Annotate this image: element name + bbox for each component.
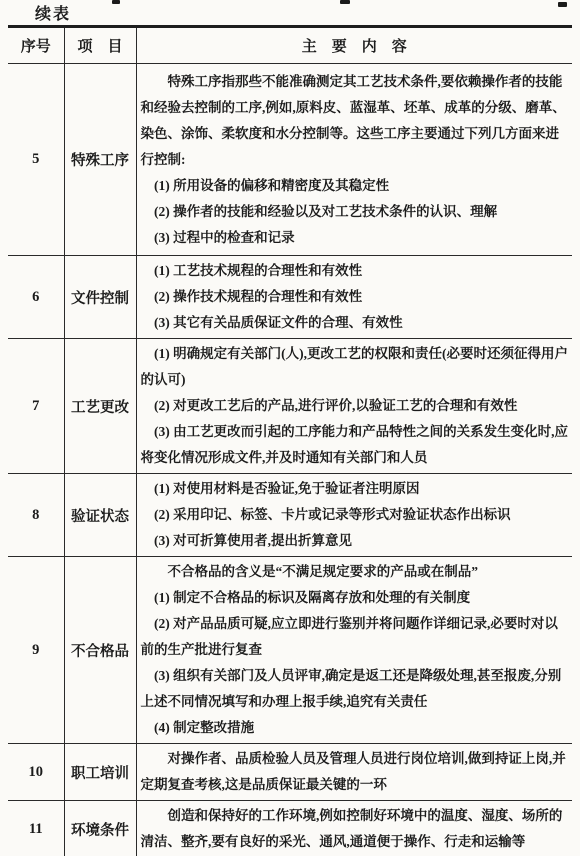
row-content-cell: (1) 工艺技术规程的合理性和有效性(2) 操作技术规程的合理性和有效性(3) … bbox=[136, 256, 572, 339]
content-paragraph: (1) 明确规定有关部门(人),更改工艺的权限和责任(必要时还须征得用户的认可) bbox=[141, 341, 570, 393]
table-row: 6文件控制(1) 工艺技术规程的合理性和有效性(2) 操作技术规程的合理性和有效… bbox=[8, 256, 572, 339]
table-title: 续表 bbox=[35, 1, 71, 24]
row-number-cell: 11 bbox=[8, 801, 64, 856]
row-content-cell: 对操作者、品质检验人员及管理人员进行岗位培训,做到持证上岗,并定期复查考核,这是… bbox=[136, 744, 572, 801]
scan-artifact bbox=[340, 0, 350, 4]
content-paragraph: (2) 操作者的技能和经验以及对工艺技术条件的认识、理解 bbox=[141, 199, 570, 225]
content-paragraph: 创造和保持好的工作环境,例如控制好环境中的温度、湿度、场所的清洁、整齐,要有良好… bbox=[141, 803, 570, 855]
row-number-cell: 6 bbox=[8, 256, 64, 339]
content-paragraph: (3) 由工艺更改而引起的工序能力和产品特性之间的关系发生变化时,应将变化情况形… bbox=[141, 419, 570, 471]
content-paragraph: (1) 工艺技术规程的合理性和有效性 bbox=[141, 258, 570, 284]
content-paragraph: (1) 所用设备的偏移和精密度及其稳定性 bbox=[141, 173, 570, 199]
content-paragraph: (3) 对可折算使用者,提出折算意见 bbox=[141, 528, 570, 554]
row-number-cell: 9 bbox=[8, 557, 64, 744]
table-row: 5特殊工序特殊工序指那些不能准确测定其工艺技术条件,要依赖操作者的技能和经验去控… bbox=[8, 64, 572, 256]
row-number-cell: 10 bbox=[8, 744, 64, 801]
content-paragraph: (2) 对更改工艺后的产品,进行评价,以验证工艺的合理和有效性 bbox=[141, 393, 570, 419]
row-content-cell: (1) 对使用材料是否验证,免于验证者注明原因(2) 采用印记、标签、卡片或记录… bbox=[136, 474, 572, 557]
scanned-document-page: 续表 序号 项 目 主 要 内 容 5特殊工序特殊工序指那些不能准确测定其工艺技… bbox=[0, 0, 580, 856]
row-item-cell: 环境条件 bbox=[64, 801, 136, 856]
content-paragraph: (4) 制定整改措施 bbox=[141, 715, 570, 741]
quality-items-table: 序号 项 目 主 要 内 容 5特殊工序特殊工序指那些不能准确测定其工艺技术条件… bbox=[8, 25, 572, 856]
table-row: 9不合格品不合格品的含义是“不满足规定要求的产品或在制品”(1) 制定不合格品的… bbox=[8, 557, 572, 744]
row-content-cell: 创造和保持好的工作环境,例如控制好环境中的温度、湿度、场所的清洁、整齐,要有良好… bbox=[136, 801, 572, 856]
row-number-cell: 5 bbox=[8, 64, 64, 256]
content-paragraph: (1) 制定不合格品的标识及隔离存放和处理的有关制度 bbox=[141, 585, 570, 611]
content-paragraph: (2) 操作技术规程的合理性和有效性 bbox=[141, 284, 570, 310]
row-item-cell: 不合格品 bbox=[64, 557, 136, 744]
table-row: 11环境条件创造和保持好的工作环境,例如控制好环境中的温度、湿度、场所的清洁、整… bbox=[8, 801, 572, 856]
content-paragraph: (1) 对使用材料是否验证,免于验证者注明原因 bbox=[141, 476, 570, 502]
row-item-cell: 文件控制 bbox=[64, 256, 136, 339]
table-row: 10职工培训对操作者、品质检验人员及管理人员进行岗位培训,做到持证上岗,并定期复… bbox=[8, 744, 572, 801]
content-paragraph: (2) 对产品品质可疑,应立即进行鉴别并将问题作详细记录,必要时对以前的生产批进… bbox=[141, 611, 570, 663]
scan-artifact bbox=[112, 0, 120, 4]
row-content-cell: (1) 明确规定有关部门(人),更改工艺的权限和责任(必要时还须征得用户的认可)… bbox=[136, 339, 572, 474]
row-number-cell: 7 bbox=[8, 339, 64, 474]
row-item-cell: 验证状态 bbox=[64, 474, 136, 557]
column-header-item: 项 目 bbox=[64, 27, 136, 64]
column-header-number: 序号 bbox=[8, 27, 64, 64]
content-paragraph: (3) 过程中的检查和记录 bbox=[141, 225, 570, 251]
content-paragraph: (2) 采用印记、标签、卡片或记录等形式对验证状态作出标识 bbox=[141, 502, 570, 528]
table-row: 7工艺更改(1) 明确规定有关部门(人),更改工艺的权限和责任(必要时还须征得用… bbox=[8, 339, 572, 474]
content-paragraph: 特殊工序指那些不能准确测定其工艺技术条件,要依赖操作者的技能和经验去控制的工序,… bbox=[141, 69, 570, 173]
header-row: 序号 项 目 主 要 内 容 bbox=[8, 27, 572, 64]
content-paragraph: 对操作者、品质检验人员及管理人员进行岗位培训,做到持证上岗,并定期复查考核,这是… bbox=[141, 746, 570, 798]
row-number-cell: 8 bbox=[8, 474, 64, 557]
table-row: 8验证状态(1) 对使用材料是否验证,免于验证者注明原因(2) 采用印记、标签、… bbox=[8, 474, 572, 557]
content-paragraph: (3) 其它有关品质保证文件的合理、有效性 bbox=[141, 310, 570, 336]
row-content-cell: 特殊工序指那些不能准确测定其工艺技术条件,要依赖操作者的技能和经验去控制的工序,… bbox=[136, 64, 572, 256]
content-paragraph: 不合格品的含义是“不满足规定要求的产品或在制品” bbox=[141, 559, 570, 585]
row-item-cell: 特殊工序 bbox=[64, 64, 136, 256]
row-content-cell: 不合格品的含义是“不满足规定要求的产品或在制品”(1) 制定不合格品的标识及隔离… bbox=[136, 557, 572, 744]
column-header-content: 主 要 内 容 bbox=[136, 27, 572, 64]
content-paragraph: (3) 组织有关部门及人员评审,确定是返工还是降级处理,甚至报废,分别上述不同情… bbox=[141, 663, 570, 715]
scan-artifact bbox=[558, 2, 567, 7]
row-item-cell: 职工培训 bbox=[64, 744, 136, 801]
row-item-cell: 工艺更改 bbox=[64, 339, 136, 474]
